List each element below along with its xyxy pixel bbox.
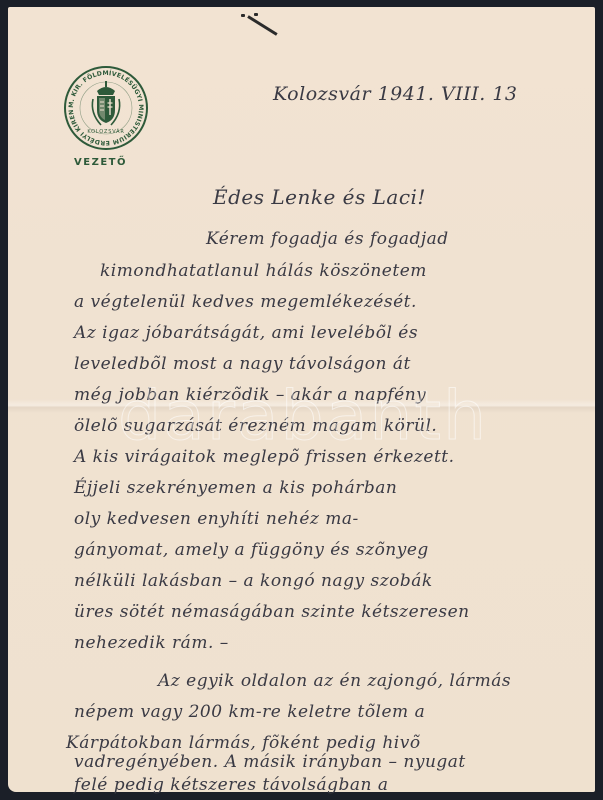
letter-line: kimondhatatlanul hálás köszönetem [100,261,427,281]
ministry-seal-stamp: M. KIR. FÖLDMÍVELÉSÜGYI MINISTERIUM ERDÉ… [63,65,149,151]
letter-line: gányomat, amely a függöny és szõnyeg [74,540,429,560]
letter-line: A kis virágaitok meglepõ frissen érkezet… [74,447,455,467]
letter-line: ölelõ sugarzását érezném magam körül. [74,416,437,436]
tear-mark [247,15,277,36]
letter-line: Kérem fogadja és fogadjad [206,229,449,249]
letter-line: Éjjeli szekrényemen a kis pohárban [74,478,397,498]
letter-line: nélküli lakásban – a kongó nagy szobák [74,571,433,591]
letter-line: Az egyik oldalon az én zajongó, lármás [158,671,511,691]
letter-line: Az igaz jóbarátságát, ami levelébõl és [74,323,418,343]
letterhead-label: VEZETŐ [74,157,134,168]
ink-speck [241,14,245,17]
letter-line: a végtelenül kedves megemlékezését. [74,292,417,312]
letter-line: Kárpátokban lármás, fõként pedig hivõ [66,733,421,753]
letter-line: üres sötét némaságában szinte kétszerese… [74,602,470,622]
place-date: Kolozsvár 1941. VIII. 13 [273,83,518,105]
letter-line: még jobban kiérzõdik – akár a napfény [74,385,426,405]
letter-line: népem vagy 200 km-re keletre tõlem a [74,702,425,722]
ink-speck [254,13,258,16]
svg-text:KOLOZSVÁR: KOLOZSVÁR [87,128,124,135]
letter-sheet: M. KIR. FÖLDMÍVELÉSÜGYI MINISTERIUM ERDÉ… [8,7,595,792]
letter-line: felé pedig kétszeres távolságban a [74,775,389,795]
letter-line: nehezedik rám. – [74,633,229,653]
coat-of-arms-icon: M. KIR. FÖLDMÍVELÉSÜGYI MINISTERIUM ERDÉ… [63,65,149,151]
letter-line: vadregényében. A másik irányban – nyugat [74,752,466,772]
letter-line: oly kedvesen enyhíti nehéz ma- [74,509,359,529]
letter-line: leveledbõl most a nagy távolságon át [74,354,411,374]
salutation: Édes Lenke és Laci! [213,185,426,209]
